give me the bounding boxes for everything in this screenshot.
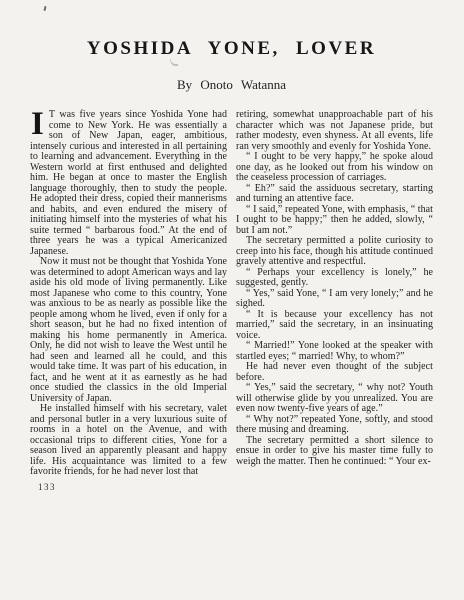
paragraph: IT was five years since Yoshida Yone had… bbox=[30, 110, 227, 257]
paragraph: retiring, somewhat unapproachable part o… bbox=[236, 110, 433, 152]
paragraph: “ Married!” Yone looked at the speaker w… bbox=[236, 341, 433, 362]
paragraph: “ Why not?” repeated Yone, softly, and s… bbox=[236, 415, 433, 436]
article-columns: IT was five years since Yoshida Yone had… bbox=[30, 110, 433, 492]
paragraph: “ Yes,” said Yone, “ I am very lonely;” … bbox=[236, 289, 433, 310]
left-column: IT was five years since Yoshida Yone had… bbox=[30, 110, 227, 492]
paragraph: He had never even thought of the subject… bbox=[236, 362, 433, 383]
paragraph: Now it must not be thought that Yoshida … bbox=[30, 257, 227, 404]
paragraph: “ I said,” repeated Yone, with emphasis,… bbox=[236, 205, 433, 237]
byline: By Onoto Watanna bbox=[30, 77, 433, 93]
magazine-page: YOSHIDA YONE, LOVER By Onoto Watanna IT … bbox=[0, 0, 464, 600]
paragraph: “ It is because your excellency has not … bbox=[236, 310, 433, 342]
right-column: retiring, somewhat unapproachable part o… bbox=[236, 110, 433, 492]
paragraph: The secretary permitted a short silence … bbox=[236, 436, 433, 468]
paragraph: He installed himself with his secretary,… bbox=[30, 404, 227, 478]
paragraph: “ Perhaps your excellency is lonely,” he… bbox=[236, 268, 433, 289]
page-number: 133 bbox=[38, 482, 227, 492]
drop-cap: I bbox=[30, 110, 49, 138]
paragraph-text: T was five years since Yoshida Yone had … bbox=[30, 109, 227, 257]
paragraph: “ Eh?” said the assiduous secretary, sta… bbox=[236, 184, 433, 205]
paragraph: “ Yes,” said the secretary, “ why not? Y… bbox=[236, 383, 433, 415]
paragraph: “ I ought to be very happy,” he spoke al… bbox=[236, 152, 433, 184]
page-title: YOSHIDA YONE, LOVER bbox=[30, 0, 433, 60]
paragraph: The secretary permitted a polite curiosi… bbox=[236, 236, 433, 268]
scan-artifact bbox=[170, 59, 178, 66]
